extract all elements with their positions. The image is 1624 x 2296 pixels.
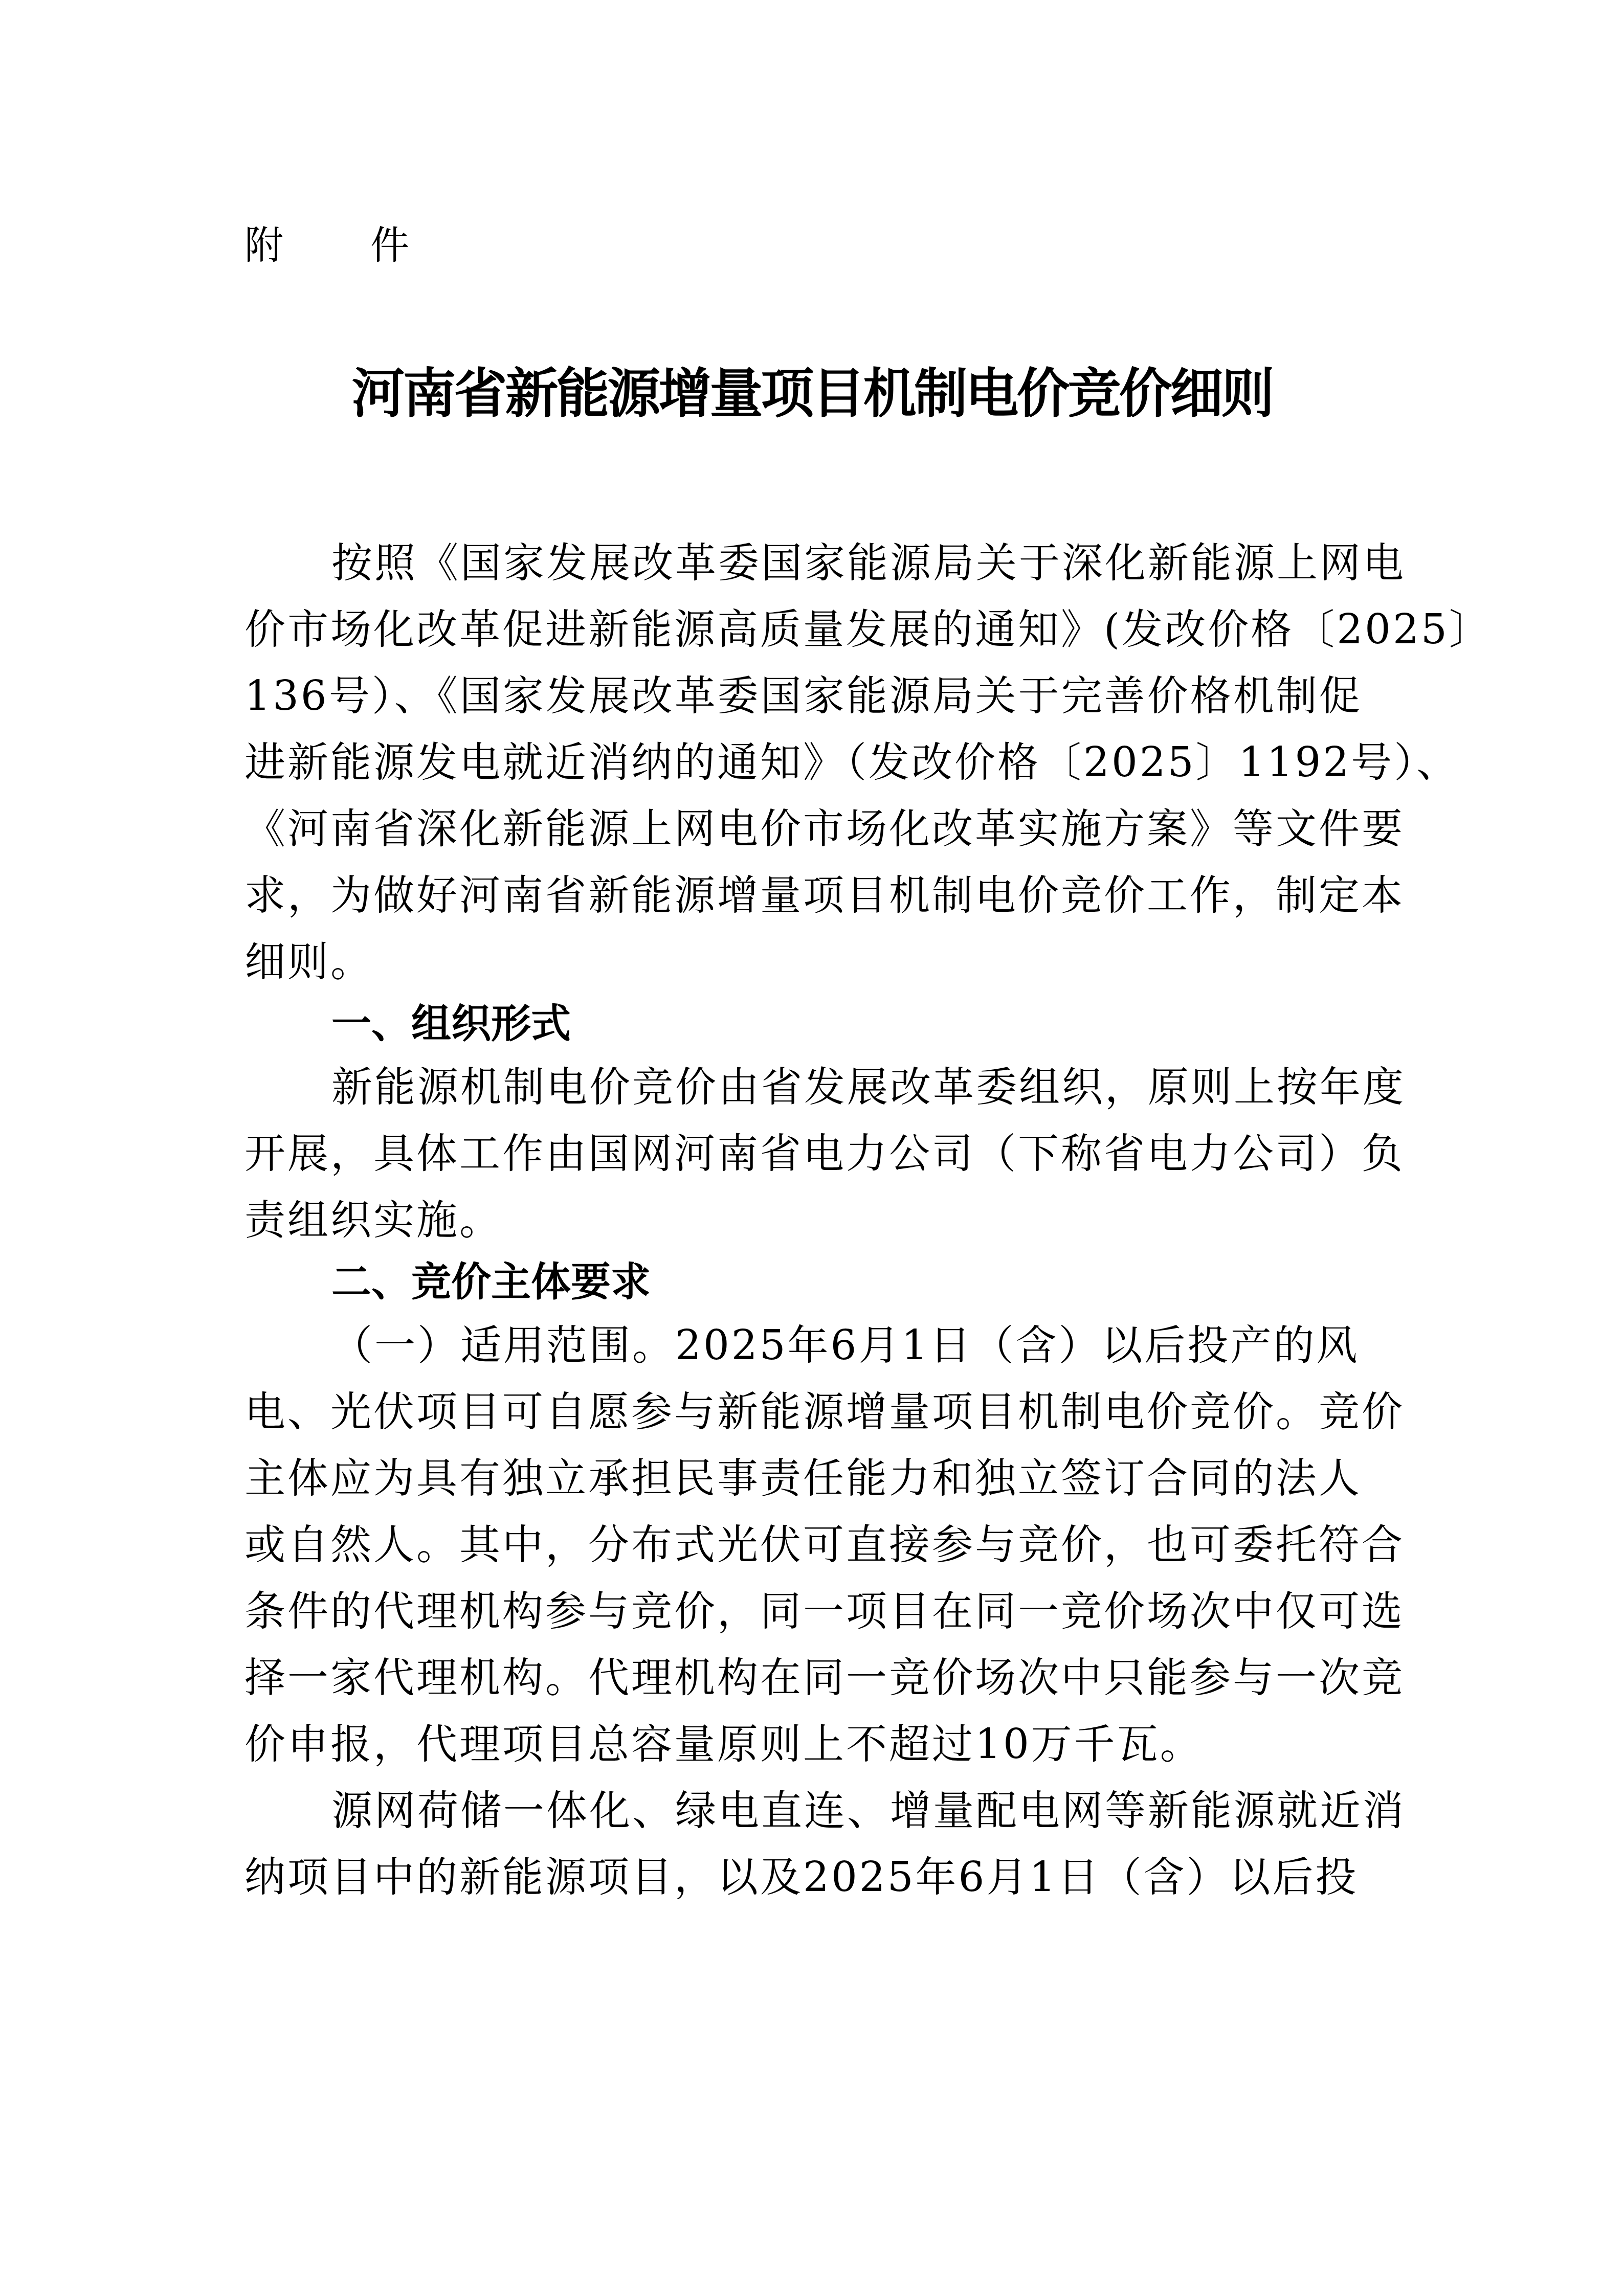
text-line: 求，为做好河南省新能源增量项目机制电价竞价工作，制定本 bbox=[244, 862, 1400, 929]
text-line: 主体应为具有独立承担民事责任能力和独立签订合同的法人 bbox=[244, 1445, 1400, 1512]
text-line: 源网荷储一体化、绿电直连、增量配电网等新能源就近消 bbox=[244, 1777, 1400, 1844]
text-line: 价申报，代理项目总容量原则上不超过10万千瓦。 bbox=[244, 1711, 1400, 1777]
attachment-label-char2: 件 bbox=[370, 220, 409, 271]
section-heading: 二、竞价主体要求 bbox=[244, 1253, 1400, 1312]
text-line: 《河南省深化新能源上网电价市场化改革实施方案》等文件要 bbox=[244, 796, 1400, 862]
attachment-label-char1: 附 bbox=[244, 220, 283, 271]
paragraph: 新能源机制电价竞价由省发展改革委组织，原则上按年度 开展，具体工作由国网河南省电… bbox=[244, 1054, 1400, 1253]
text-line: 或自然人。其中，分布式光伏可直接参与竞价，也可委托符合 bbox=[244, 1512, 1400, 1578]
text-line: 择一家代理机构。代理机构在同一竞价场次中只能参与一次竞 bbox=[244, 1645, 1400, 1711]
section-bidder-requirements: 二、竞价主体要求 （一）适用范围。2025年6月1日（含）以后投产的风 电、光伏… bbox=[244, 1253, 1400, 1910]
text-line: 责组织实施。 bbox=[244, 1187, 1400, 1253]
text-line: 开展，具体工作由国网河南省电力公司（下称省电力公司）负 bbox=[244, 1120, 1400, 1187]
text-line: 纳项目中的新能源项目，以及2025年6月1日（含）以后投 bbox=[244, 1844, 1400, 1910]
text-line: （一）适用范围。2025年6月1日（含）以后投产的风 bbox=[244, 1312, 1400, 1379]
paragraph: 源网荷储一体化、绿电直连、增量配电网等新能源就近消 纳项目中的新能源项目，以及2… bbox=[244, 1777, 1400, 1910]
text-line: 条件的代理机构参与竞价，同一项目在同一竞价场次中仅可选 bbox=[244, 1578, 1400, 1645]
text-line: 细则。 bbox=[244, 929, 1400, 995]
text-line: 电、光伏项目可自愿参与新能源增量项目机制电价竞价。竞价 bbox=[244, 1379, 1400, 1445]
text-line: 进新能源发电就近消纳的通知》（发改价格〔2025〕1192号）、 bbox=[244, 729, 1400, 796]
section-organization: 一、组织形式 新能源机制电价竞价由省发展改革委组织，原则上按年度 开展，具体工作… bbox=[244, 995, 1400, 1253]
document-body: 按照《国家发展改革委国家能源局关于深化新能源上网电 价市场化改革促进新能源高质量… bbox=[244, 530, 1400, 1910]
section-heading: 一、组织形式 bbox=[244, 995, 1400, 1054]
text-line: 136号）、《国家发展改革委国家能源局关于完善价格机制促 bbox=[244, 663, 1400, 729]
paragraph: （一）适用范围。2025年6月1日（含）以后投产的风 电、光伏项目可自愿参与新能… bbox=[244, 1312, 1400, 1777]
text-line: 按照《国家发展改革委国家能源局关于深化新能源上网电 bbox=[244, 530, 1400, 596]
attachment-label: 附件 bbox=[244, 220, 409, 271]
document-title: 河南省新能源增量项目机制电价竞价细则 bbox=[0, 358, 1624, 430]
preamble-paragraph: 按照《国家发展改革委国家能源局关于深化新能源上网电 价市场化改革促进新能源高质量… bbox=[244, 530, 1400, 995]
text-line: 新能源机制电价竞价由省发展改革委组织，原则上按年度 bbox=[244, 1054, 1400, 1120]
text-line: 价市场化改革促进新能源高质量发展的通知》(发改价格〔2025〕 bbox=[244, 596, 1400, 663]
